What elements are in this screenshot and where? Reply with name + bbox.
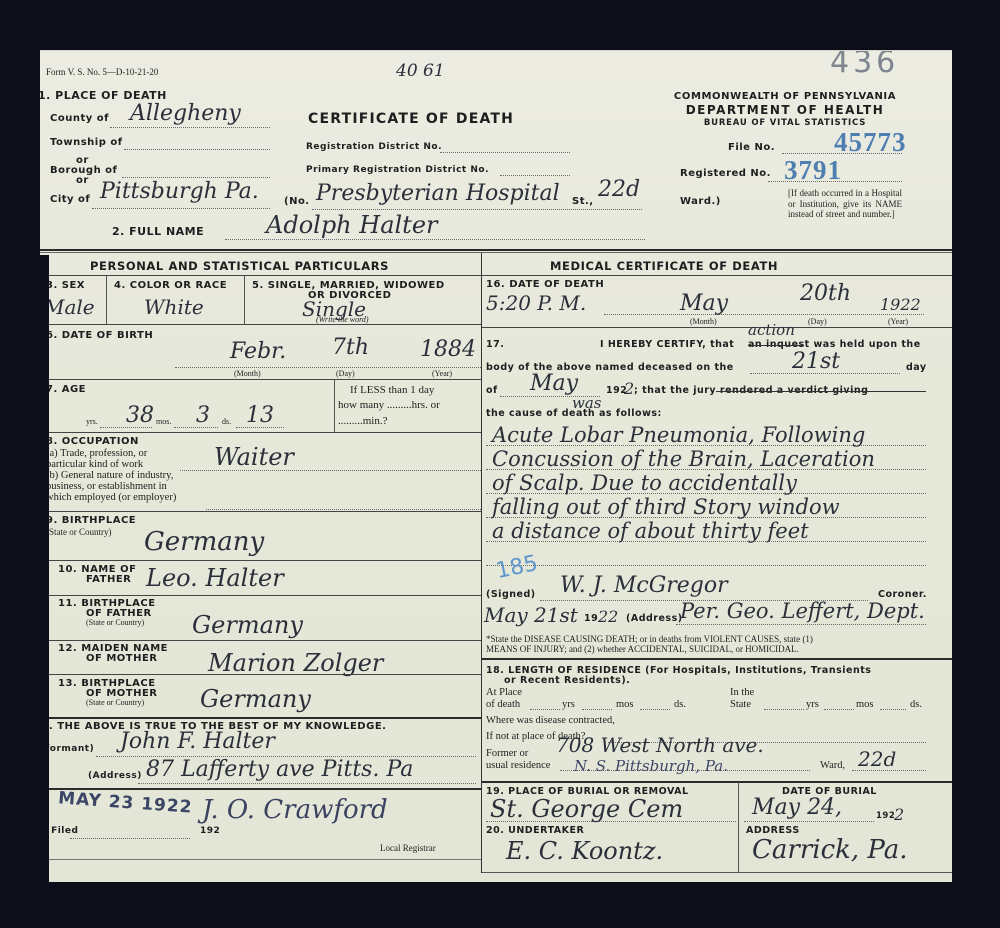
ward-value: 22d bbox=[598, 177, 640, 202]
age-months: 3 bbox=[196, 403, 210, 428]
registration-district-label: Registration District No. bbox=[306, 142, 442, 152]
dob-day: 7th bbox=[332, 335, 369, 360]
file-no-value: 45773 bbox=[834, 127, 907, 158]
cause-line: Acute Lobar Pneumonia, Following bbox=[492, 423, 875, 447]
filed-date-stamp: MAY 23 1922 bbox=[57, 788, 193, 817]
death-day: 20th bbox=[800, 281, 851, 306]
former-residence-label: Former or bbox=[486, 748, 528, 759]
footnote-line: *State the DISEASE CAUSING DEATH; or in … bbox=[486, 634, 813, 644]
certify-line-2: body of the above named deceased on the bbox=[486, 362, 734, 373]
certify-year-digit: 2 bbox=[624, 379, 634, 398]
burial-date-value: May 24, bbox=[752, 795, 842, 820]
inquest-month: May bbox=[530, 371, 578, 396]
signed-date: May 21st bbox=[484, 603, 578, 627]
day-hint: (Day) bbox=[808, 317, 827, 326]
marital-hint: (Write the word) bbox=[316, 315, 369, 324]
birthplace-hint: (State or Country) bbox=[46, 527, 112, 537]
signed-year: 22 bbox=[598, 607, 618, 626]
occupation-b: (b) General nature of industry, bbox=[46, 470, 176, 481]
burial-year-digit: 2 bbox=[894, 805, 904, 824]
yrs-label: yrs. bbox=[86, 417, 98, 426]
occupation-value: Waiter bbox=[214, 443, 294, 471]
street-value: Presbyterian Hospital bbox=[316, 181, 560, 206]
dob-month: Febr. bbox=[230, 339, 286, 364]
age-label: 7. AGE bbox=[46, 384, 86, 395]
certify-day-label: day bbox=[906, 362, 927, 373]
corner-pencil-number: 436 bbox=[830, 50, 899, 80]
residence-ward-label: Ward, bbox=[820, 760, 845, 771]
blue-crayon-mark: 185 bbox=[494, 551, 540, 584]
date-of-death-label: 16. DATE OF DEATH bbox=[486, 279, 604, 290]
ds-label: ds. bbox=[910, 699, 922, 710]
father-label-2: FATHER bbox=[86, 574, 131, 585]
sex-value: Male bbox=[44, 295, 95, 319]
agency-block: COMMONWEALTH OF PENNSYLVANIA DEPARTMENT … bbox=[670, 91, 900, 128]
burial-year-prefix: 192 bbox=[876, 811, 895, 821]
county-value: Allegheny bbox=[130, 101, 241, 126]
informant-value: John F. Halter bbox=[120, 729, 275, 754]
medical-heading: MEDICAL CERTIFICATE OF DEATH bbox=[550, 259, 778, 273]
street-suffix: St., bbox=[572, 196, 594, 207]
mother-label-2: OF MOTHER bbox=[86, 653, 158, 664]
father-birthplace-value: Germany bbox=[192, 611, 303, 639]
race-label: 4. COLOR OR RACE bbox=[114, 280, 227, 291]
death-month: May bbox=[680, 291, 728, 316]
top-handwritten-number: 40 61 bbox=[396, 61, 445, 81]
yrs-label: yrs bbox=[562, 699, 575, 710]
father-birthplace-hint: (State or Country) bbox=[86, 618, 144, 627]
sex-label: 3. SEX bbox=[46, 280, 85, 291]
inquest-day: 21st bbox=[792, 349, 840, 374]
former-residence-value: 708 West North ave. bbox=[556, 733, 764, 757]
county-label: County of bbox=[50, 113, 109, 124]
birthplace-value: Germany bbox=[144, 527, 264, 557]
mother-birthplace-hint: (State or Country) bbox=[86, 698, 144, 707]
certify-number: 17. bbox=[486, 339, 504, 350]
death-year: 1922 bbox=[880, 295, 921, 314]
undertaker-address-value: Carrick, Pa. bbox=[752, 835, 908, 865]
residence-ward-value: 22d bbox=[858, 747, 896, 771]
year-hint: (Year) bbox=[888, 317, 908, 326]
registered-no-value: 3791 bbox=[784, 155, 842, 186]
death-certificate: Form V. S. No. 5—D-10-21-20 40 61 436 1.… bbox=[40, 50, 952, 882]
occupation-b2: business, or establishment in bbox=[46, 481, 176, 492]
street-prefix: (No. bbox=[284, 196, 310, 207]
cause-line: Concussion of the Brain, Laceration bbox=[492, 447, 875, 471]
cause-label: the cause of death as follows: bbox=[486, 408, 662, 419]
registrar-label: Local Registrar bbox=[380, 843, 436, 853]
month-hint: (Month) bbox=[690, 317, 717, 326]
cause-line: of Scalp. Due to accidentally bbox=[492, 471, 875, 495]
undertaker-label: 20. UNDERTAKER bbox=[486, 825, 584, 836]
former-residence-value-2: N. S. Pittsburgh, Pa. bbox=[574, 757, 728, 775]
cause-of-death: Acute Lobar Pneumonia, Following Concuss… bbox=[492, 423, 875, 543]
occupation-instructions: (a) Trade, profession, or particular kin… bbox=[46, 448, 176, 503]
full-name-value: Adolph Halter bbox=[266, 211, 438, 239]
footnote-line: MEANS OF INJURY; and (2) whether ACCIDEN… bbox=[486, 644, 813, 654]
at-place-label: At Place bbox=[486, 687, 522, 698]
informant-address-value: 87 Lafferty ave Pitts. Pa bbox=[146, 757, 413, 782]
registered-no-label: Registered No. bbox=[680, 168, 771, 179]
ward-label: Ward.) bbox=[680, 196, 721, 207]
occupation-label: 8. OCCUPATION bbox=[46, 436, 139, 447]
mother-birthplace-value: Germany bbox=[200, 685, 311, 713]
city-label: City of bbox=[50, 194, 90, 205]
undertaker-value: E. C. Koontz. bbox=[506, 837, 663, 865]
certify-of: of bbox=[486, 385, 498, 396]
township-label: Township of bbox=[50, 137, 123, 148]
primary-registration-label: Primary Registration District No. bbox=[306, 165, 489, 175]
coroner-address-label: (Address) bbox=[626, 613, 683, 624]
registrar-signature: J. O. Crawford bbox=[202, 795, 388, 825]
occupation-a2: particular kind of work bbox=[46, 459, 176, 470]
full-name-label: 2. FULL NAME bbox=[112, 225, 204, 238]
signed-label: (Signed) bbox=[486, 589, 536, 600]
dob-year: 1884 bbox=[420, 337, 476, 362]
agency-commonwealth: COMMONWEALTH OF PENNSYLVANIA bbox=[670, 91, 900, 102]
city-value: Pittsburgh Pa. bbox=[100, 179, 259, 204]
father-value: Leo. Halter bbox=[146, 564, 284, 592]
mos-label: mos. bbox=[156, 417, 171, 426]
mos-label: mos bbox=[616, 699, 634, 710]
ds-label: ds. bbox=[674, 699, 686, 710]
less-than-day-text: If LESS than 1 day bbox=[350, 384, 434, 396]
former-residence-label-2: usual residence bbox=[486, 760, 550, 771]
certificate-title: CERTIFICATE OF DEATH bbox=[308, 111, 514, 127]
dob-label: 6. DATE OF BIRTH bbox=[46, 330, 153, 341]
agency-department: DEPARTMENT OF HEALTH bbox=[670, 103, 900, 117]
mother-value: Marion Zolger bbox=[208, 649, 383, 677]
coroner-address-value: Per. Geo. Leffert, Dept. bbox=[680, 599, 925, 623]
age-years: 38 bbox=[126, 403, 154, 428]
hospital-note: [If death occurred in a Hospital or Inst… bbox=[788, 188, 902, 220]
race-value: White bbox=[144, 295, 204, 319]
cause-footnote: *State the DISEASE CAUSING DEATH; or in … bbox=[486, 634, 813, 654]
contracted-label: Where was disease contracted, bbox=[486, 715, 615, 726]
less-than-day-text-2: how many .........hrs. or bbox=[338, 399, 440, 411]
certify-text: I HEREBY CERTIFY, that bbox=[600, 339, 734, 350]
filed-year-prefix: 192 bbox=[200, 826, 220, 836]
informant-address-label: (Address) bbox=[88, 771, 142, 781]
age-days: 13 bbox=[246, 403, 274, 428]
in-the-label: In the bbox=[730, 687, 754, 698]
birthplace-label: 9. BIRTHPLACE bbox=[46, 515, 136, 526]
file-no-label: File No. bbox=[728, 142, 775, 153]
coroner-signature: W. J. McGregor bbox=[560, 573, 728, 598]
occupation-b3: which employed (or employer) bbox=[46, 492, 176, 503]
left-edge-shadow bbox=[40, 255, 49, 883]
yrs-label: yrs bbox=[806, 699, 819, 710]
year-hint: (Year) bbox=[432, 369, 452, 378]
less-than-day-text-3: .........min.? bbox=[338, 415, 388, 427]
time-of-death: 5:20 P. M. bbox=[486, 291, 586, 315]
ds-label: ds. bbox=[222, 417, 231, 426]
certify-insert: action bbox=[748, 321, 795, 339]
personal-heading: PERSONAL AND STATISTICAL PARTICULARS bbox=[90, 259, 389, 273]
signed-year-prefix: 19 bbox=[584, 613, 598, 624]
month-hint: (Month) bbox=[234, 369, 261, 378]
of-death-label: of death bbox=[486, 699, 520, 710]
form-number: Form V. S. No. 5—D-10-21-20 bbox=[46, 67, 158, 77]
occupation-a: (a) Trade, profession, or bbox=[46, 448, 176, 459]
or-text: or bbox=[76, 175, 89, 186]
residence-label-2: or Recent Residents). bbox=[504, 675, 630, 686]
burial-place-value: St. George Cem bbox=[490, 795, 683, 823]
cause-line: a distance of about thirty feet bbox=[492, 519, 875, 543]
state-label: State bbox=[730, 699, 751, 710]
mos-label: mos bbox=[856, 699, 874, 710]
cause-line: falling out of third Story window bbox=[492, 495, 875, 519]
day-hint: (Day) bbox=[336, 369, 355, 378]
